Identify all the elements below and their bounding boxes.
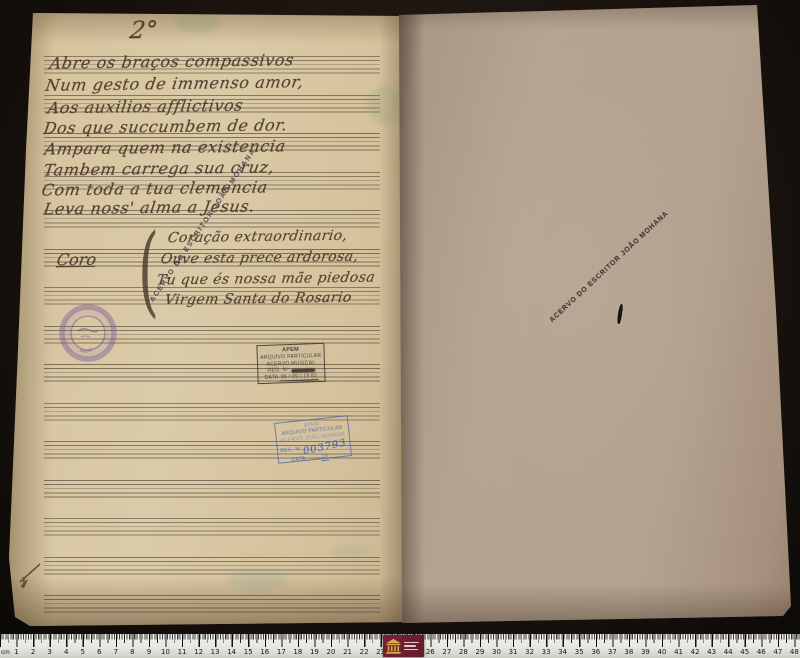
archive-logo-badge — [383, 635, 424, 657]
ink-bleedthrough — [175, 14, 220, 32]
ruler-number: 28 — [457, 648, 469, 656]
ruler-number: 39 — [639, 648, 651, 656]
pen-mark — [10, 560, 50, 595]
ruler-number: 48 — [788, 648, 800, 656]
ruler-number: 29 — [474, 648, 486, 656]
chorus-line: Tu que és nossa mãe piedosa — [156, 269, 377, 288]
reg-number-smudge — [291, 368, 315, 373]
ruler-number: 12 — [193, 648, 205, 656]
ruler-number: 32 — [524, 648, 536, 656]
ruler-number: 17 — [275, 648, 287, 656]
ruler-number: 42 — [689, 648, 701, 656]
music-stave — [44, 557, 380, 575]
ruler-number: 34 — [557, 648, 569, 656]
ruler-number: 20 — [325, 648, 337, 656]
measurement-ruler: cm 1234567891011121314151617181920212223… — [0, 634, 800, 658]
ruler-number: 31 — [507, 648, 519, 656]
ink-bleedthrough — [368, 85, 402, 125]
archive-building-icon — [385, 638, 402, 655]
verse-line: Num gesto de immenso amor, — [44, 72, 305, 95]
ruler-number: 8 — [126, 648, 138, 656]
ruler-number: 33 — [540, 648, 552, 656]
ruler-number: 44 — [722, 648, 734, 656]
ruler-number: 30 — [491, 648, 503, 656]
ruler-number: 2 — [27, 648, 39, 656]
ruler-number: 4 — [60, 648, 72, 656]
ruler-number: 1 — [11, 648, 23, 656]
ruler-number: 16 — [259, 648, 271, 656]
ruler-number: 11 — [176, 648, 188, 656]
stamp-date-value: 06 / 09 / 19 82 — [280, 373, 319, 381]
stamp-date-label: DATA — [265, 375, 279, 381]
verse-line: Dos que succumbem de dor. — [42, 115, 289, 137]
section-number: 2° — [128, 16, 159, 44]
stamp-date-label: DATA — [291, 456, 305, 463]
coro-label: Coro — [56, 250, 98, 270]
ruler-number: 45 — [739, 648, 751, 656]
ink-bleedthrough — [330, 545, 370, 559]
ruler-number: 40 — [656, 648, 668, 656]
verse-line: Abre os braços compassivos — [48, 50, 295, 72]
music-stave — [44, 518, 380, 536]
ruler-number: 14 — [226, 648, 238, 656]
verse-line: Aos auxilios afflictivos — [46, 96, 244, 118]
ruler-number: 26 — [424, 648, 436, 656]
ruler-number: 38 — [623, 648, 635, 656]
ruler-unit-label: cm — [1, 649, 10, 656]
chorus-brace: ( — [138, 222, 159, 320]
stamp-reg-label: REG. Nº — [280, 446, 302, 455]
ruler-number: 19 — [308, 648, 320, 656]
ruler-number: 36 — [590, 648, 602, 656]
apem-stamp-blue: APEM ARQUIVO PARTICULAR ACERVO JOÃO MOHA… — [274, 415, 352, 464]
ruler-number: 3 — [44, 648, 56, 656]
ruler-number: 37 — [606, 648, 618, 656]
ruler-number: 9 — [143, 648, 155, 656]
badge-text-lines — [404, 642, 419, 651]
ruler-number: 15 — [242, 648, 254, 656]
ruler-number: 21 — [342, 648, 354, 656]
music-stave — [44, 480, 380, 498]
ink-bleedthrough — [228, 570, 288, 590]
ruler-number: 7 — [110, 648, 122, 656]
ruler-number: 6 — [93, 648, 105, 656]
scanned-manuscript-photo: 2° Abre os braços compassivos Num gesto … — [0, 0, 800, 658]
music-stave — [44, 364, 380, 382]
ruler-number: 10 — [160, 648, 172, 656]
music-stave — [44, 595, 380, 613]
ruler-number: 5 — [77, 648, 89, 656]
ruler-number: 18 — [292, 648, 304, 656]
chorus-line: Virgem Santa do Rosario — [164, 290, 353, 309]
round-purple-stamp — [58, 303, 118, 363]
ruler-number: 22 — [358, 648, 370, 656]
ruler-number: 46 — [755, 648, 767, 656]
ruler-number: 35 — [573, 648, 585, 656]
ruler-number: 41 — [673, 648, 685, 656]
cover-edge-shading — [398, 4, 793, 624]
ruler-number: 27 — [441, 648, 453, 656]
ruler-number: 47 — [772, 648, 784, 656]
apem-stamp-black: APEM ARQUIVO PARTICULAR ACERVO MUSICAL R… — [256, 343, 325, 384]
ruler-number: 13 — [209, 648, 221, 656]
ruler-number: 43 — [706, 648, 718, 656]
